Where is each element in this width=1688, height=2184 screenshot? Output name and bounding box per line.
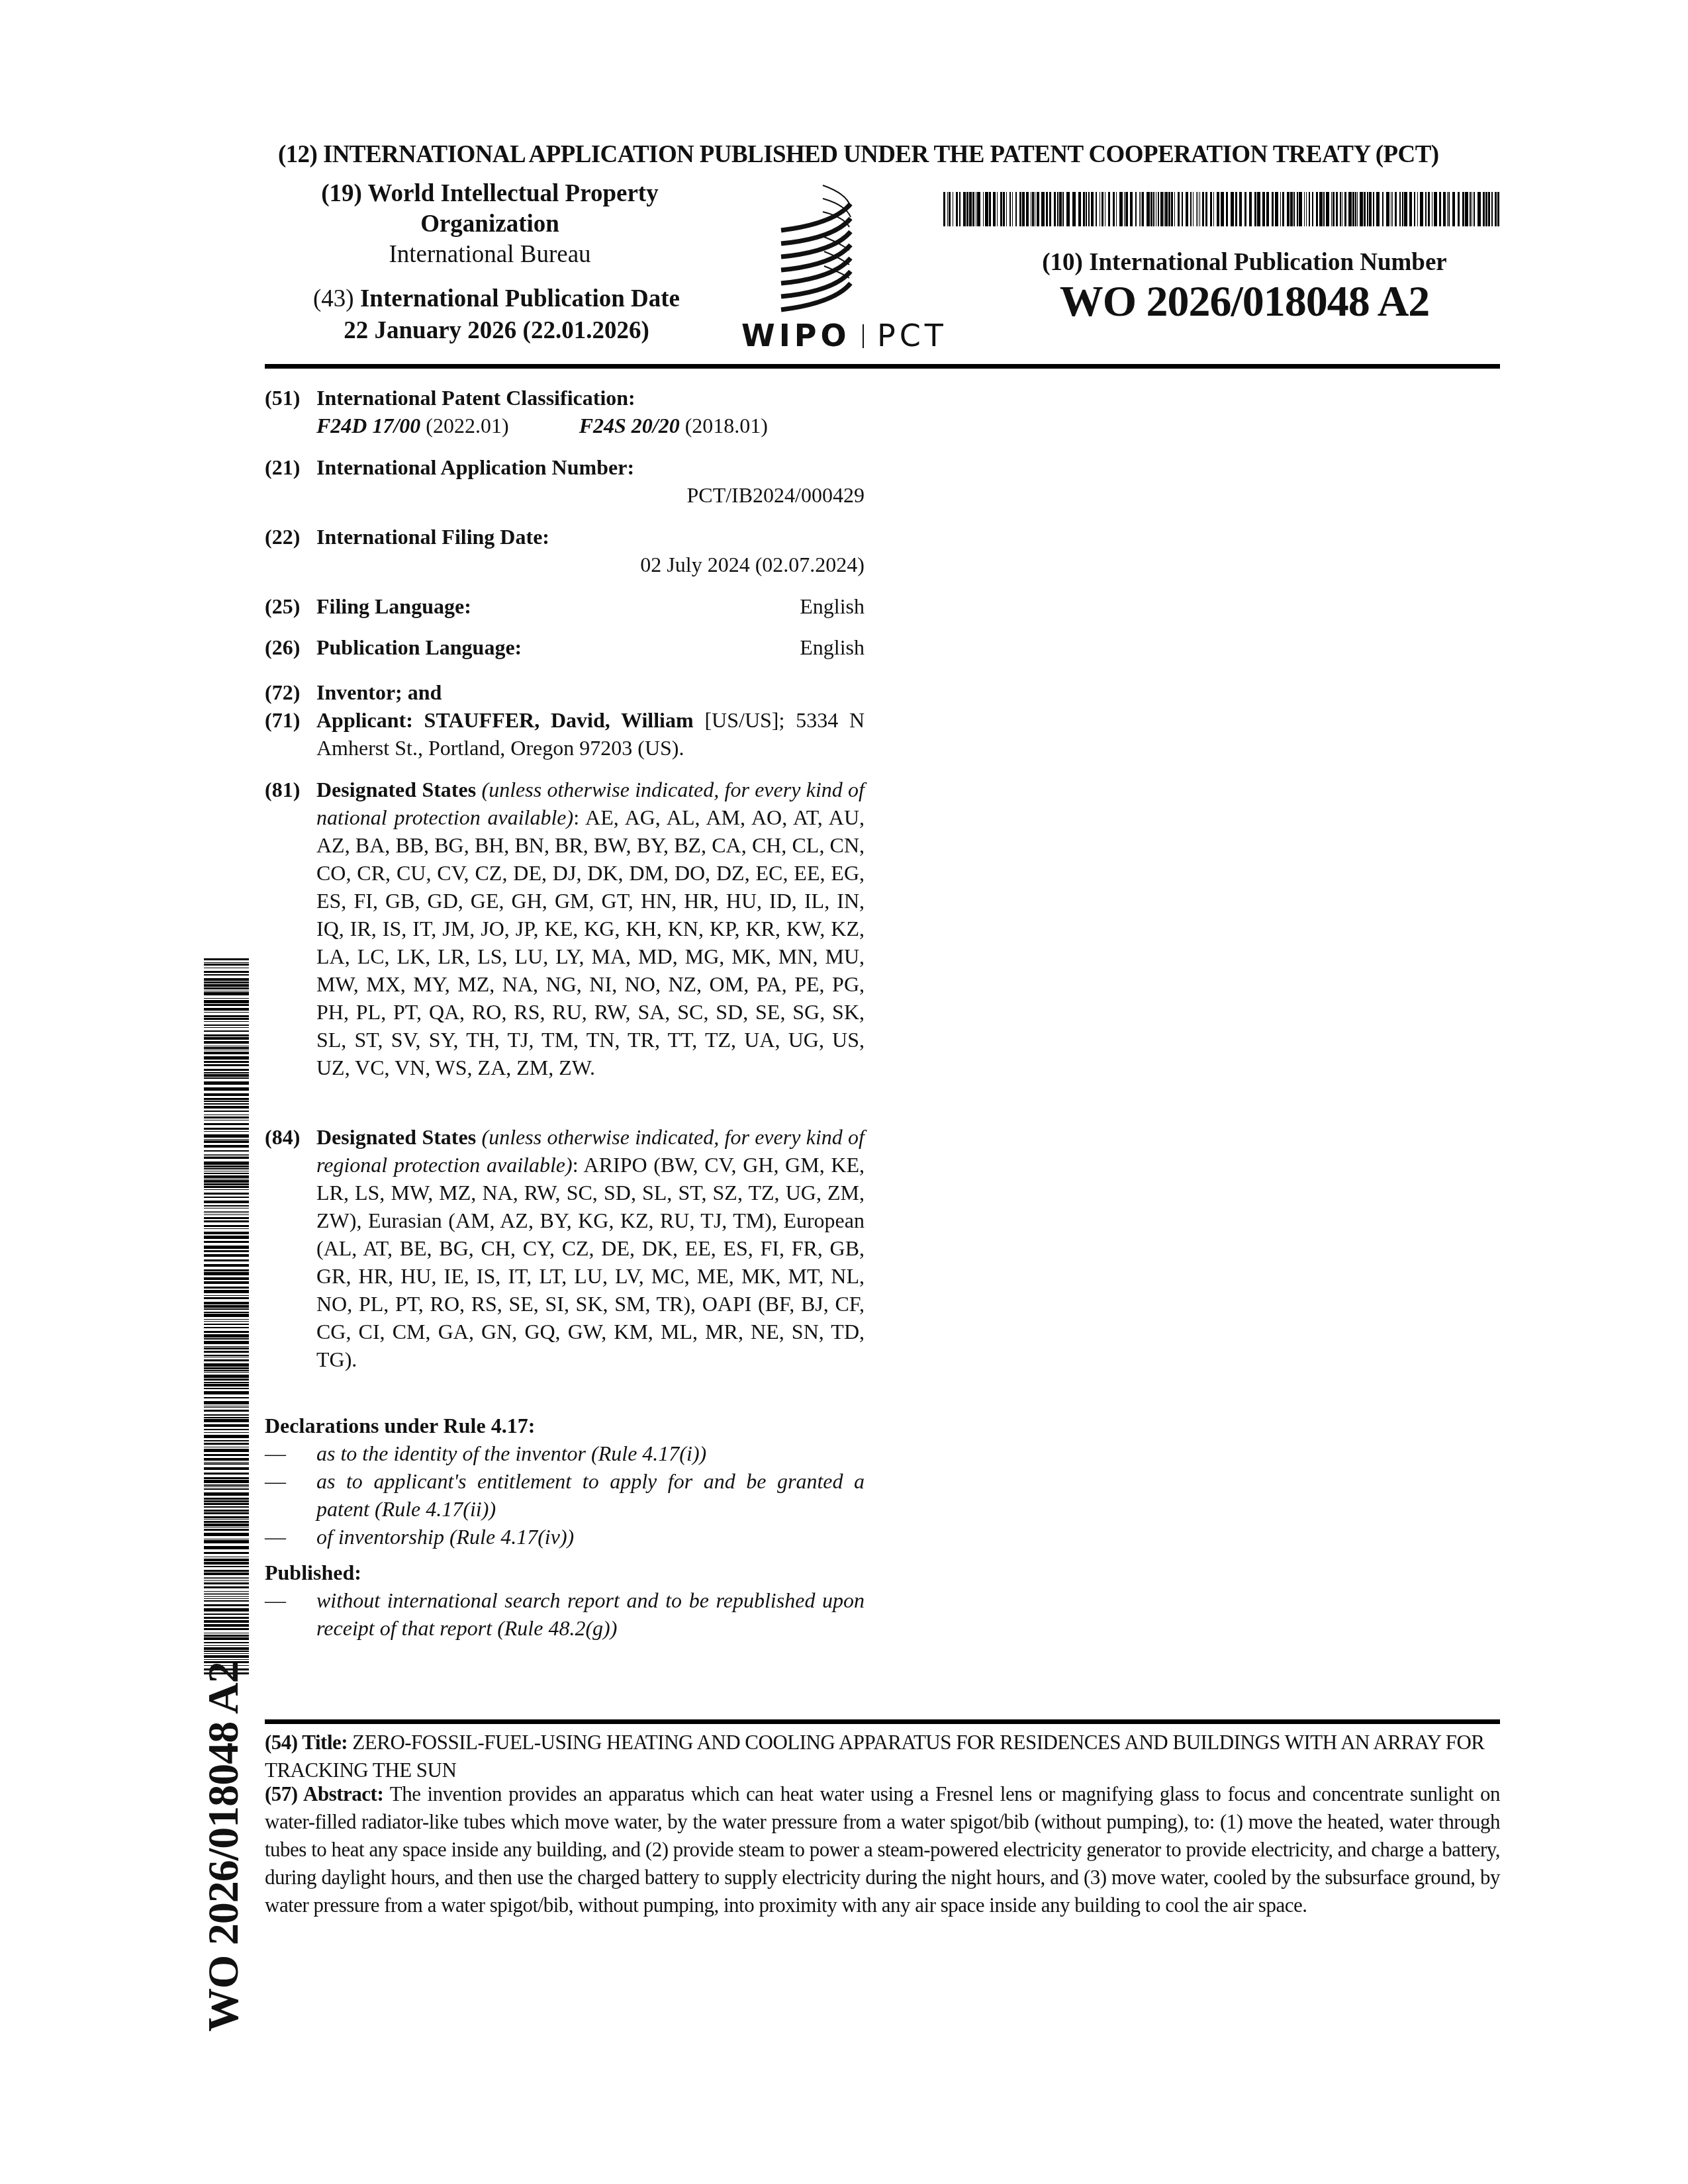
abstract: (57) Abstract: The invention provides an… [265,1780,1500,1919]
declaration-item: —as to applicant's entitlement to apply … [265,1467,865,1523]
declarations-section: Declarations under Rule 4.17: —as to the… [265,1412,865,1551]
field-designated-states-national: (81) Designated States (unless otherwise… [265,776,865,1081]
document-type-heading: (12) INTERNATIONAL APPLICATION PUBLISHED… [278,140,1456,169]
organization-name-line2: Organization [291,209,688,240]
field-publication-language: (26) Publication Language: English [265,633,865,661]
field-filing-date: (22) International Filing Date: 02 July … [265,523,865,578]
publication-number-label: (10) International Publication Number [980,248,1509,277]
organization-bureau: International Bureau [291,240,688,270]
header-divider [265,364,1500,369]
field-designated-states-regional: (84) Designated States (unless otherwise… [265,1123,865,1373]
declaration-item: —of inventorship (Rule 4.17(iv)) [265,1523,865,1551]
field-applicant: (71) Applicant: STAUFFER, David, William… [265,706,865,762]
organization-block: (19) World Intellectual Property Organiz… [291,179,688,270]
filing-language-value: English [800,592,865,620]
regional-states-list: : ARIPO (BW, CV, GH, GM, KE, LR, LS, MW,… [316,1153,865,1371]
field-patent-classification: (51) International Patent Classification… [265,384,865,439]
barcode-icon [943,192,1499,226]
field-inventor: (72) Inventor; and [265,678,865,706]
svg-text:WIPO: WIPO [741,318,851,353]
published-heading: Published: [265,1559,865,1586]
national-states-list: : AE, AG, AL, AM, AO, AT, AU, AZ, BA, BB… [316,805,865,1079]
title-divider [265,1719,1500,1724]
side-publication-number: WO 2026/018048 A2 [199,1662,249,2032]
declaration-item: —as to the identity of the inventor (Rul… [265,1439,865,1467]
published-item: —without international search report and… [265,1586,865,1642]
field-application-number: (21) International Application Number: P… [265,453,865,509]
publication-date-label: (43) International Publication Date [291,283,702,315]
classification-2: F24S 20/20 [579,414,680,437]
classification-1: F24D 17/00 [316,414,420,437]
organization-name-line1: (19) World Intellectual Property [291,179,688,209]
field-filing-language: (25) Filing Language: English [265,592,865,620]
declarations-heading: Declarations under Rule 4.17: [265,1412,865,1439]
publication-language-value: English [800,633,865,661]
svg-text:PCT: PCT [877,318,947,353]
publication-date-block: (43) International Publication Date 22 J… [291,283,702,347]
applicant-name: STAUFFER, David, William [424,708,694,732]
published-section: Published: —without international search… [265,1559,865,1642]
invention-title: (54) Title: ZERO-FOSSIL-FUEL-USING HEATI… [265,1729,1500,1784]
filing-date-value: 02 July 2024 (02.07.2024) [316,551,865,578]
wipo-pct-logo-icon: WIPO PCT [718,177,957,353]
application-number-value: PCT/IB2024/000429 [316,481,865,509]
publication-date-value: 22 January 2026 (22.01.2026) [291,315,702,347]
barcode-icon [204,958,249,1674]
publication-number: WO 2026/018048 A2 [980,277,1509,327]
